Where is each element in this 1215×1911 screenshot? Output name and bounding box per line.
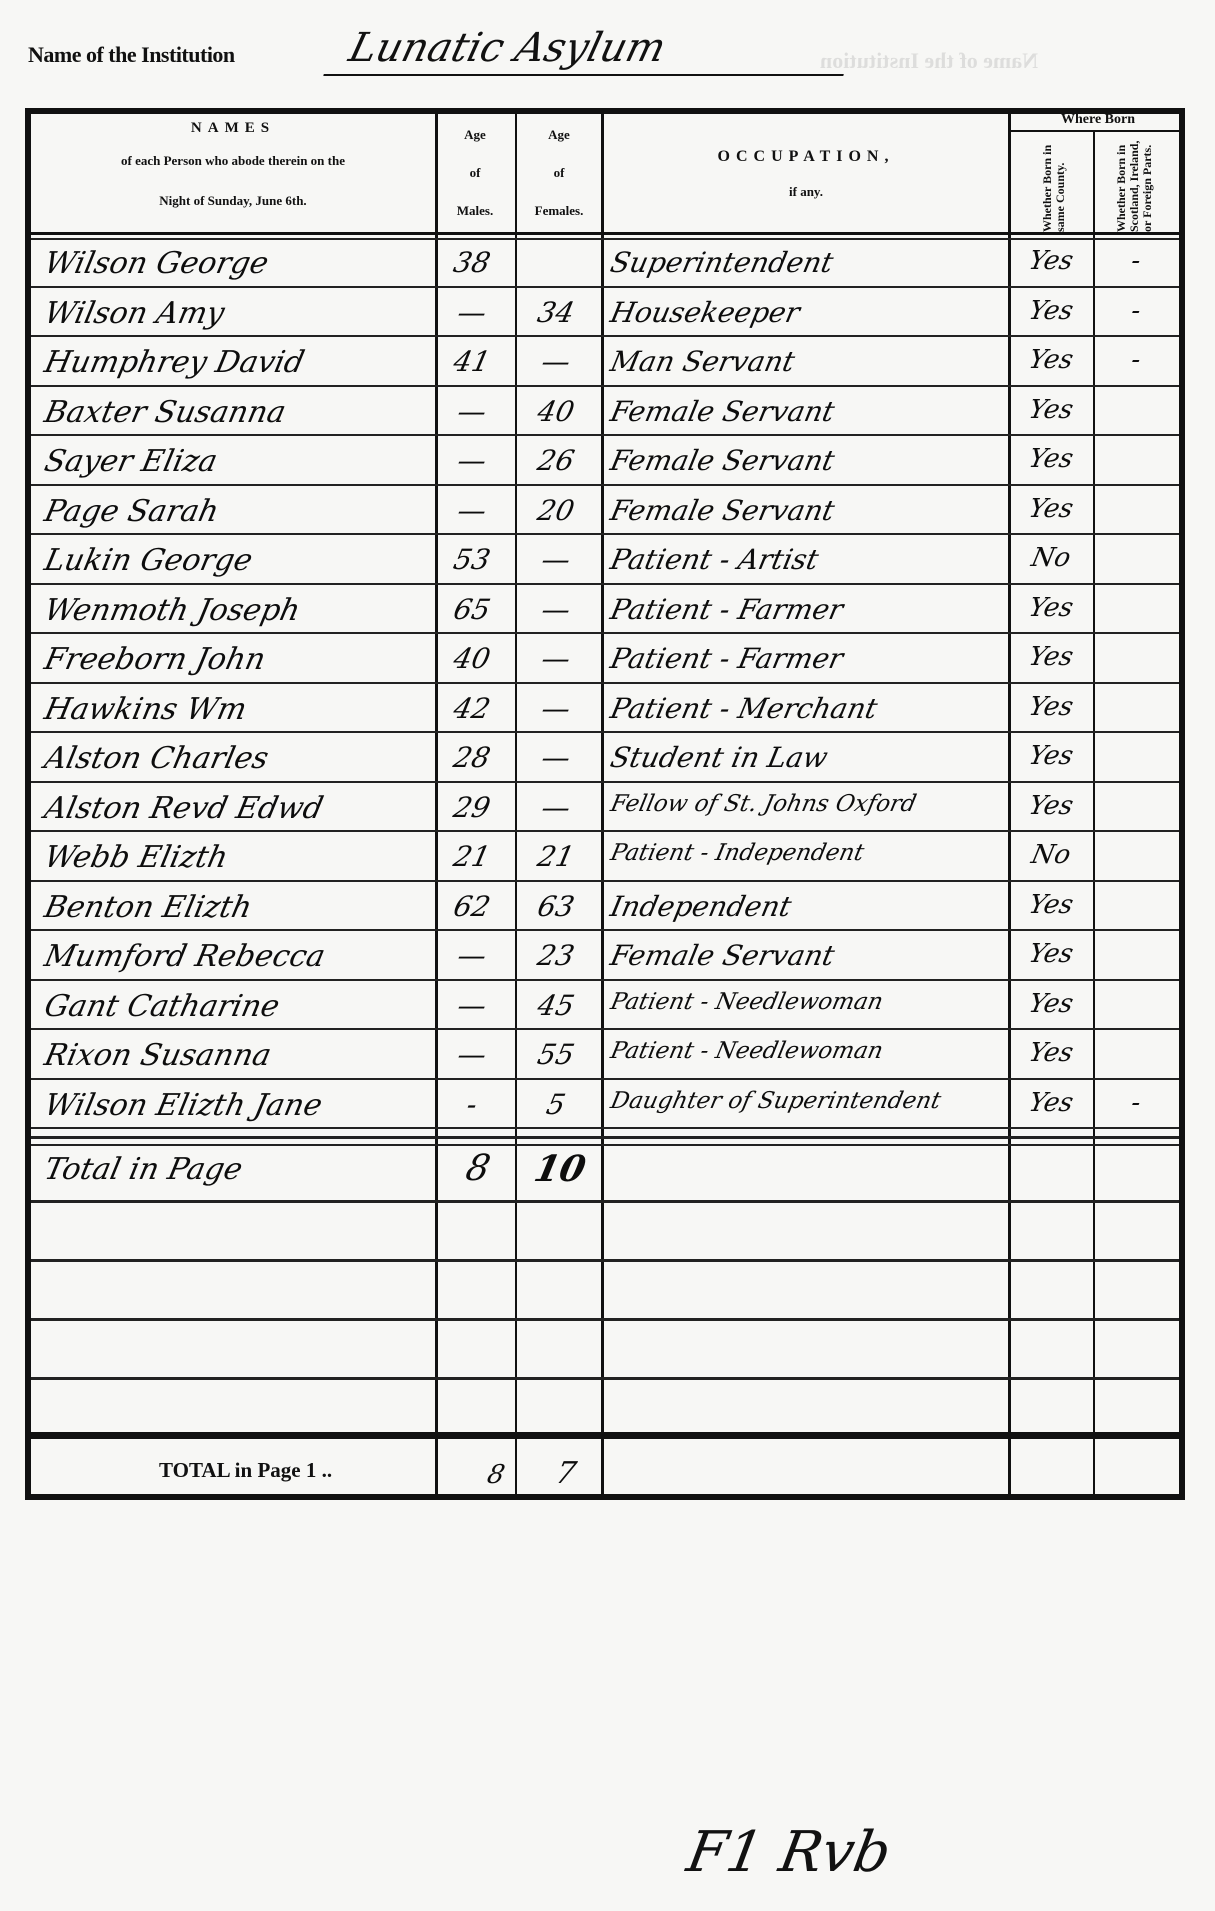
female-age: 45 [517, 989, 594, 1022]
male-age: 42 [433, 692, 510, 725]
male-age: — [433, 989, 510, 1022]
female-age: 55 [517, 1038, 594, 1071]
person-name: Alston Revd Edwd [41, 791, 326, 826]
row-rule [31, 632, 1179, 634]
person-name: Hawkins Wm [41, 692, 249, 727]
female-age: — [517, 741, 594, 774]
occupation: Female Servant [607, 939, 837, 972]
female-age: 63 [517, 890, 594, 923]
census-table: NAMES of each Person who abode therein o… [25, 108, 1185, 1500]
female-age: 26 [517, 444, 594, 477]
occupation: Independent [607, 890, 794, 923]
row-rule [31, 583, 1179, 585]
person-name: Freeborn John [41, 642, 268, 677]
col-divider-males [515, 114, 517, 1494]
header-same-county: Whether Born in same County. [1041, 136, 1067, 232]
female-age: — [517, 543, 594, 576]
occupation: Patient - Merchant [607, 692, 880, 725]
row-rule [31, 1028, 1179, 1030]
person-name: Wilson George [41, 246, 271, 281]
person-name: Alston Charles [41, 741, 271, 776]
grand-total-females: 7 [527, 1456, 604, 1491]
person-name: Page Sarah [41, 494, 222, 529]
born-foreign: - [1098, 1088, 1174, 1118]
occupation: Daughter of Superintendent [608, 1088, 943, 1114]
row-rule [31, 1377, 1179, 1380]
male-age: — [433, 395, 510, 428]
page-total-males: 8 [439, 1148, 518, 1189]
female-age: — [517, 692, 594, 725]
bleed-through-text: Name of the Institution [820, 48, 1038, 74]
section-rule [31, 1136, 1179, 1139]
born-foreign: - [1098, 246, 1174, 276]
person-name: Wilson Amy [41, 296, 227, 331]
female-age: 40 [517, 395, 594, 428]
row-rule [31, 1078, 1179, 1080]
born-foreign: - [1098, 345, 1174, 375]
born-same-county: Yes [1013, 296, 1089, 326]
grand-total-males: 8 [458, 1460, 534, 1490]
occupation: Man Servant [607, 345, 797, 378]
person-name: Gant Catharine [41, 989, 282, 1024]
row-rule [31, 979, 1179, 981]
male-age: 62 [433, 890, 510, 923]
page-total-females: 10 [521, 1148, 600, 1190]
born-same-county: Yes [1013, 395, 1089, 425]
born-same-county: Yes [1013, 593, 1089, 623]
female-age: 20 [517, 494, 594, 527]
row-rule [31, 1127, 1179, 1129]
section-rule-2 [31, 1144, 1179, 1146]
header-males: Age of Males. [435, 116, 515, 230]
born-same-county: Yes [1013, 989, 1089, 1019]
occupation: Patient - Farmer [607, 593, 846, 626]
born-same-county: Yes [1013, 791, 1089, 821]
occupation: Superintendent [607, 246, 836, 279]
row-rule [31, 286, 1179, 288]
header-occupation: OCCUPATION, if any. [604, 148, 1008, 200]
female-age: 34 [517, 296, 594, 329]
institution-value: Lunatic Asylum [323, 22, 856, 76]
born-same-county: Yes [1013, 741, 1089, 771]
male-age: — [433, 1038, 510, 1071]
row-rule [31, 682, 1179, 684]
person-name: Wilson Elizth Jane [41, 1088, 325, 1123]
grand-total-label: TOTAL in Page 1 .. [159, 1458, 332, 1483]
male-age: 53 [433, 543, 510, 576]
person-name: Webb Elizth [41, 840, 231, 875]
person-name: Mumford Rebecca [41, 939, 328, 974]
col-divider-females [601, 114, 604, 1494]
occupation: Female Servant [607, 494, 837, 527]
row-rule [31, 484, 1179, 486]
header-names: NAMES of each Person who abode therein o… [31, 114, 435, 211]
male-age: 21 [433, 840, 510, 873]
male-age: 65 [433, 593, 510, 626]
born-same-county: Yes [1013, 939, 1089, 969]
person-name: Rixon Susanna [41, 1038, 274, 1073]
total-rule [31, 1432, 1179, 1439]
occupation: Student in Law [607, 741, 830, 774]
occupation: Patient - Needlewoman [608, 989, 885, 1015]
person-name: Lukin George [41, 543, 255, 578]
row-rule [31, 929, 1179, 931]
where-born-underline [1011, 130, 1185, 132]
male-age: — [433, 444, 510, 477]
female-age: 5 [517, 1088, 594, 1121]
male-age: 38 [433, 246, 510, 279]
born-same-county: No [1013, 543, 1089, 573]
header-scotland-ireland-foreign: Whether Born in Scotland, Ireland, or Fo… [1115, 136, 1159, 232]
female-age: — [517, 345, 594, 378]
person-name: Sayer Eliza [41, 444, 220, 479]
row-rule [31, 781, 1179, 783]
page-total-label: Total in Page [41, 1152, 245, 1187]
col-divider-occupation [1008, 114, 1011, 1494]
occupation: Patient - Independent [608, 840, 866, 866]
header-rule-2 [31, 238, 1179, 240]
male-age: 41 [433, 345, 510, 378]
row-rule [31, 1318, 1179, 1321]
female-age: — [517, 791, 594, 824]
person-name: Wenmoth Joseph [41, 593, 303, 628]
born-same-county: Yes [1013, 246, 1089, 276]
occupation: Fellow of St. Johns Oxford [608, 791, 918, 817]
born-same-county: Yes [1013, 444, 1089, 474]
occupation: Patient - Farmer [607, 642, 846, 675]
female-age: — [517, 593, 594, 626]
female-age: 21 [517, 840, 594, 873]
row-rule [31, 335, 1179, 337]
occupation: Female Servant [607, 444, 837, 477]
row-rule [31, 1200, 1179, 1203]
row-rule [31, 1259, 1179, 1262]
male-age: 29 [433, 791, 510, 824]
header-rule [31, 232, 1179, 235]
signature: F1 Rvb [682, 1820, 895, 1885]
born-same-county: Yes [1013, 1088, 1089, 1118]
born-same-county: Yes [1013, 642, 1089, 672]
header-females: Age of Females. [517, 116, 601, 230]
institution-label: Name of the Institution [28, 42, 235, 68]
row-rule [31, 385, 1179, 387]
male-age: 28 [433, 741, 510, 774]
born-same-county: No [1013, 840, 1089, 870]
row-rule [31, 434, 1179, 436]
born-same-county: Yes [1013, 494, 1089, 524]
male-age: — [433, 296, 510, 329]
male-age: - [433, 1088, 510, 1121]
person-name: Baxter Susanna [41, 395, 289, 430]
row-rule [31, 830, 1179, 832]
row-rule [31, 880, 1179, 882]
row-rule [31, 533, 1179, 535]
row-rule [31, 731, 1179, 733]
born-same-county: Yes [1013, 345, 1089, 375]
occupation: Housekeeper [607, 296, 802, 329]
born-foreign: - [1098, 296, 1174, 326]
born-same-county: Yes [1013, 890, 1089, 920]
female-age: 23 [517, 939, 594, 972]
occupation: Patient - Artist [607, 543, 821, 576]
male-age: — [433, 939, 510, 972]
person-name: Humphrey David [41, 345, 307, 380]
header-where-born: Where Born [1011, 112, 1185, 128]
female-age: — [517, 642, 594, 675]
male-age: — [433, 494, 510, 527]
occupation: Patient - Needlewoman [608, 1038, 885, 1064]
born-same-county: Yes [1013, 692, 1089, 722]
occupation: Female Servant [607, 395, 837, 428]
person-name: Benton Elizth [41, 890, 255, 925]
male-age: 40 [433, 642, 510, 675]
born-same-county: Yes [1013, 1038, 1089, 1068]
